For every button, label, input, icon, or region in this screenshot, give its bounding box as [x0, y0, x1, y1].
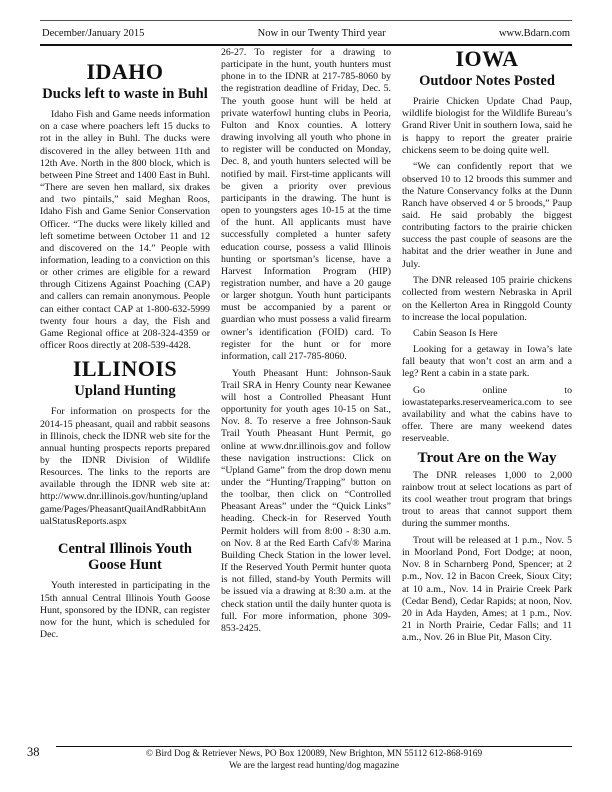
- paragraph-trout-schedule: Trout will be released at 1 p.m., Nov. 5…: [402, 535, 572, 644]
- headline-central-illinois-goose-hunt: Central Illinois Youth Goose Hunt: [40, 541, 210, 573]
- page-header: December/January 2015 Now in our Twenty …: [42, 28, 570, 39]
- paragraph-idaho-poaching: Idaho Fish and Game needs information on…: [40, 109, 210, 352]
- paragraph-broods-quote: “We can confidently report that we obser…: [402, 161, 572, 270]
- magazine-page: December/January 2015 Now in our Twenty …: [0, 0, 612, 792]
- header-issue-date: December/January 2015: [42, 28, 144, 39]
- header-tagline: Now in our Twenty Third year: [258, 28, 386, 39]
- paragraph-illinois-upland: For information on prospects for the 201…: [40, 406, 210, 528]
- header-bottom-rule: [40, 44, 572, 46]
- column-middle: 26-27. To register for a drawing to part…: [221, 47, 391, 744]
- state-heading-iowa: IOWA: [402, 48, 572, 71]
- header-website: www.Bdarn.com: [499, 28, 570, 39]
- column-right: IOWA Outdoor Notes Posted Prairie Chicke…: [402, 47, 572, 744]
- paragraph-dnr-release: The DNR released 105 prairie chickens co…: [402, 275, 572, 324]
- headline-ducks-left-to-waste: Ducks left to waste in Buhl: [40, 86, 210, 102]
- state-heading-illinois: ILLINOIS: [40, 358, 210, 381]
- paragraph-prairie-chicken-update: Prairie Chicken Update Chad Paup, wildli…: [402, 96, 572, 157]
- paragraph-reserveamerica: Go online to iowastateparks.reserveameri…: [402, 385, 572, 446]
- column-left: IDAHO Ducks left to waste in Buhl Idaho …: [40, 47, 210, 744]
- footer-slogan-line: We are the largest read hunting/dog maga…: [56, 761, 572, 773]
- paragraph-goose-hunt-continued: 26-27. To register for a drawing to part…: [221, 47, 391, 363]
- state-heading-idaho: IDAHO: [40, 61, 210, 84]
- headline-outdoor-notes-posted: Outdoor Notes Posted: [402, 73, 572, 89]
- paragraph-cabin-getaway: Looking for a getaway in Iowa’s late fal…: [402, 344, 572, 380]
- page-number: 38: [27, 745, 40, 760]
- headline-trout-are-on-the-way: Trout Are on the Way: [402, 450, 572, 467]
- headline-upland-hunting: Upland Hunting: [40, 383, 210, 399]
- article-columns: IDAHO Ducks left to waste in Buhl Idaho …: [40, 47, 572, 744]
- footer-publisher-line: © Bird Dog & Retriever News, PO Box 1200…: [56, 749, 572, 761]
- footer-rule: [56, 746, 572, 747]
- subhead-cabin-season: Cabin Season Is Here: [402, 328, 572, 340]
- paragraph-goose-hunt-intro: Youth interested in participating in the…: [40, 580, 210, 641]
- page-footer: © Bird Dog & Retriever News, PO Box 1200…: [56, 749, 572, 772]
- paragraph-trout-program: The DNR releases 1,000 to 2,000 rainbow …: [402, 470, 572, 531]
- header-top-rule: [40, 20, 572, 21]
- paragraph-youth-pheasant-hunt: Youth Pheasant Hunt: Johnson-Sauk Trail …: [221, 368, 391, 635]
